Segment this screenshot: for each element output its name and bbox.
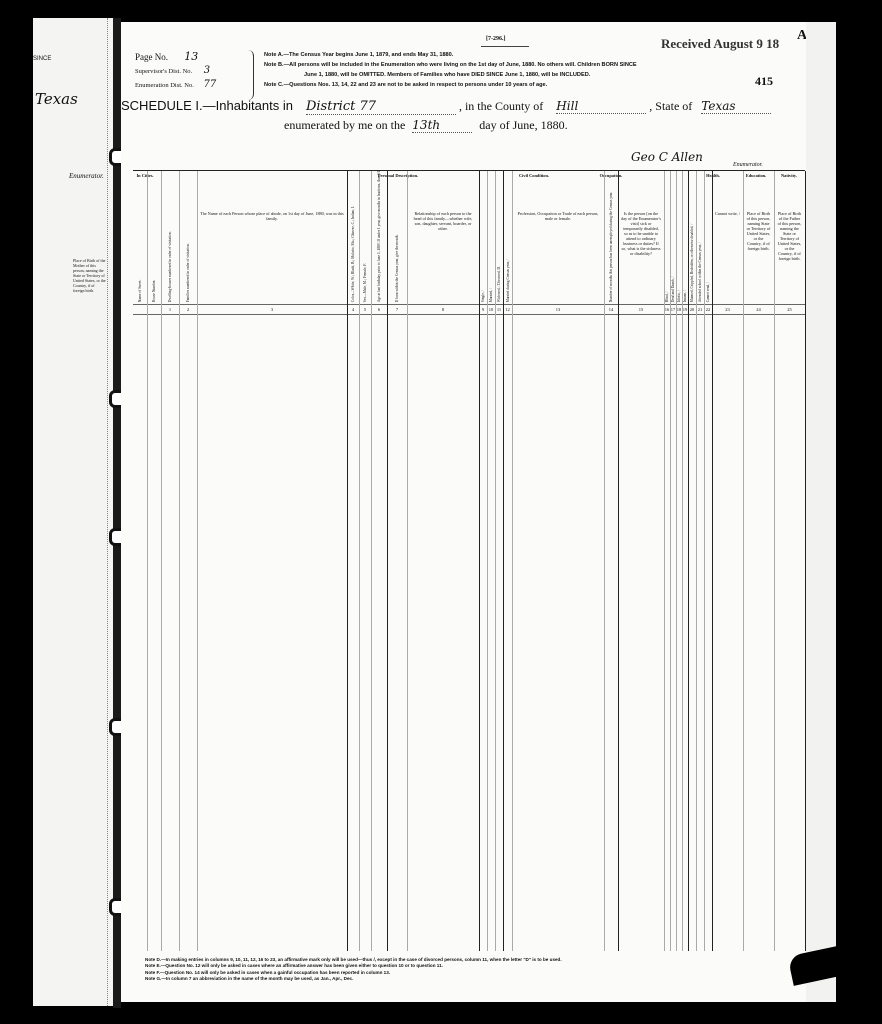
enumeration-month-year: day of June, 1880.	[479, 118, 567, 132]
column-rule	[487, 171, 488, 951]
page-number-label: Page No.	[135, 52, 168, 62]
column-rule	[359, 171, 360, 951]
state-value: Texas	[701, 99, 771, 114]
note-a: Note A.—The Census Year begins June 1, 1…	[264, 50, 744, 60]
schedule-title: SCHEDULE I.—Inhabitants in	[121, 98, 293, 113]
previous-page-note-fragment: SINCE	[33, 56, 51, 62]
column-rule	[670, 171, 671, 951]
enumerator-signature: Geo C Allen	[631, 150, 703, 164]
column-rule	[676, 171, 677, 951]
column-rule	[774, 171, 775, 951]
note-g: Note G.—In column 7 an abbreviation in t…	[145, 976, 785, 982]
column-rule	[407, 171, 408, 951]
district-value: District 77	[306, 99, 456, 115]
stamped-page-number: 415	[755, 74, 773, 89]
form-number-underline	[481, 46, 529, 47]
state-label: , State of	[649, 99, 692, 113]
enumeration-date-line: enumerated by me on the 13th day of June…	[284, 118, 568, 133]
column-rule	[179, 171, 180, 951]
enumeration-district-field: Enumeration Dist. No. 77	[135, 79, 216, 90]
column-rule	[371, 171, 372, 951]
enumeration-district-label: Enumeration Dist. No.	[135, 82, 194, 89]
binding-spine	[113, 18, 121, 1008]
column-rule	[387, 171, 388, 951]
header-brace	[247, 50, 254, 100]
column-rule	[704, 171, 705, 951]
column-rule	[503, 171, 504, 951]
supervisor-district-field: Supervisor's Dist. No. 3	[135, 65, 210, 76]
county-value: Hill	[556, 99, 646, 114]
note-b-continued: June 1, 1880, will be OMITTED. Members o…	[264, 70, 744, 80]
column-rule	[147, 171, 148, 951]
column-rule	[347, 171, 348, 951]
form-number: [7-296.]	[486, 36, 506, 42]
header-notes: Note A.—The Census Year begins June 1, 1…	[264, 50, 744, 90]
page-number-value: 13	[184, 50, 198, 63]
column-rule	[161, 171, 162, 951]
fold-line	[107, 18, 108, 1006]
enumerated-label: enumerated by me on the	[284, 118, 405, 132]
page-right-margin	[806, 22, 836, 1002]
previous-page-state: Texas	[35, 90, 78, 108]
enumeration-day: 13th	[412, 118, 472, 133]
column-rule	[688, 171, 689, 951]
column-rule	[495, 171, 496, 951]
column-rule	[618, 171, 619, 951]
column-rule	[696, 171, 697, 951]
column-rule	[197, 171, 198, 951]
column-rule	[479, 171, 480, 951]
page-number-field: Page No. 13	[135, 50, 198, 63]
footnotes: Note D.—In making entries in columns 9, …	[145, 957, 785, 982]
previous-page-column-header: Place of Birth of the Mother of this per…	[73, 258, 107, 293]
column-rule	[512, 171, 513, 951]
supervisor-district-label: Supervisor's Dist. No.	[135, 68, 192, 75]
enumeration-district-value: 77	[203, 79, 216, 90]
column-rule	[604, 171, 605, 951]
column-rule	[712, 171, 713, 951]
census-page: [7-296.] Received August 9 18 A. 415 Pag…	[121, 22, 806, 1002]
census-table: In Cities. Personal Description. Civil C…	[133, 170, 805, 951]
column-rule	[682, 171, 683, 951]
note-b: Note B.—All persons will be included in …	[264, 60, 744, 70]
county-label: , in the County of	[459, 99, 543, 113]
supervisor-district-value: 3	[204, 65, 210, 76]
column-rule	[743, 171, 744, 951]
column-rule	[664, 171, 665, 951]
previous-page-enumerator-label: Enumerator.	[69, 172, 104, 180]
enumerator-label: Enumerator.	[733, 162, 763, 168]
column-rules	[133, 171, 805, 951]
note-c: Note C.—Questions Nos. 13, 14, 22 and 23…	[264, 80, 744, 90]
previous-page-strip: SINCE Texas Enumerator. Place of Birth o…	[33, 18, 113, 1006]
